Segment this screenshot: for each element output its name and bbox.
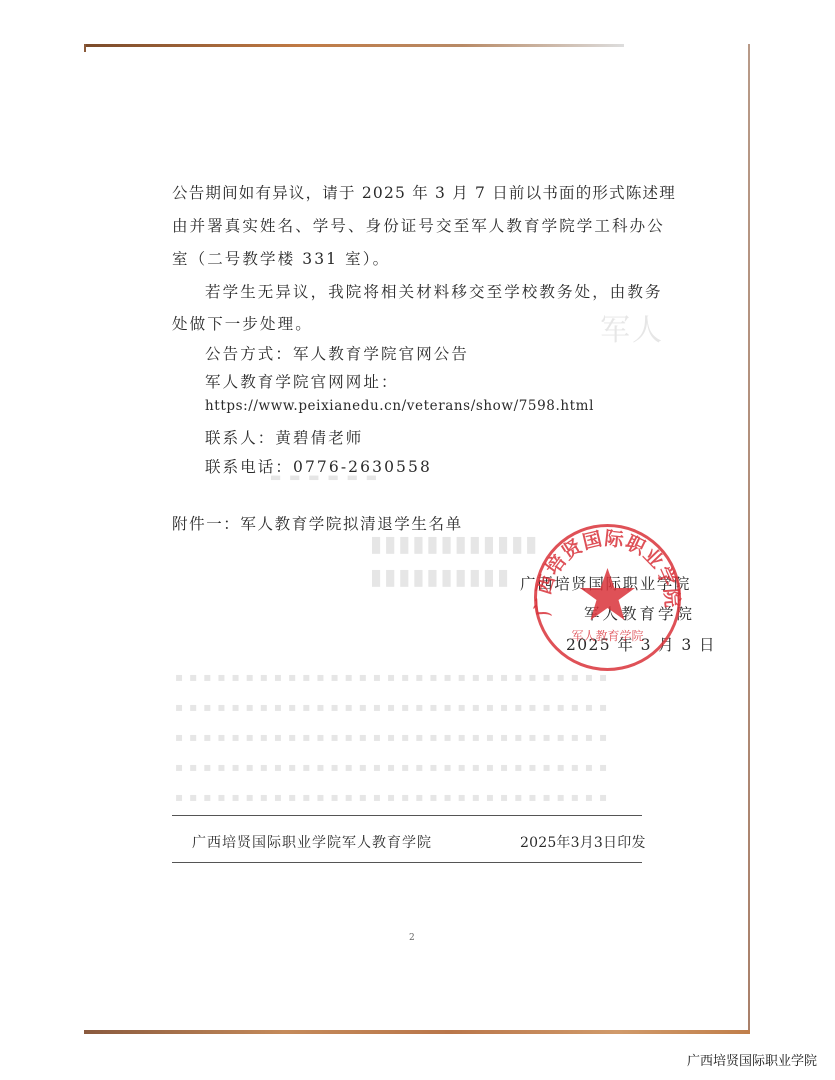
body-paragraph-line: 室（二号教学楼 331 室）。	[172, 247, 390, 269]
attachment-line: 附件一：军人教育学院拟清退学生名单	[172, 512, 463, 534]
footer-issuer: 广西培贤国际职业学院军人教育学院	[192, 832, 432, 852]
footer-rule-bottom	[172, 862, 642, 863]
footer-rule-top	[172, 815, 642, 816]
website-label: 军人教育学院官网网址：	[205, 370, 399, 392]
body-paragraph-line: 由并署真实姓名、学号、身份证号交至军人教育学院学工科办公	[172, 214, 665, 236]
footer-issue-date: 2025年3月3日印发	[520, 832, 646, 852]
bleed-through-text: ▮▮▮▮▮▮▮▮▮▮	[370, 565, 511, 590]
bleed-through-text: ▪▪▪▪▪▪▪▪▪▪▪▪▪▪▪▪▪▪▪▪▪▪▪▪▪▪▪▪▪▪▪	[175, 760, 613, 774]
scan-page-edge-corner	[84, 44, 86, 52]
body-paragraph-line: 处做下一步处理。	[172, 312, 313, 334]
official-seal: 广西培贤国际职业学院 军人教育学院	[530, 520, 685, 675]
contact-person: 联系人：黄碧倩老师	[205, 426, 363, 448]
bleed-through-text: ▪▪▪▪▪▪▪▪▪▪▪▪▪▪▪▪▪▪▪▪▪▪▪▪▪▪▪▪▪▪▪	[175, 730, 613, 744]
website-url[interactable]: https://www.peixianedu.cn/veterans/show/…	[205, 398, 594, 414]
body-paragraph-line: 公告期间如有异议，请于 2025 年 3 月 7 日前以书面的形式陈述理	[172, 181, 676, 203]
page-number: 2	[409, 933, 415, 943]
scan-page-edge-right	[748, 44, 750, 1034]
body-paragraph-line: 若学生无异议，我院将相关材料移交至学校教务处，由教务	[205, 280, 663, 302]
bleed-through-text: 军人	[600, 305, 664, 349]
bleed-through-text: ▪▪▪▪▪▪▪▪▪▪▪▪▪▪▪▪▪▪▪▪▪▪▪▪▪▪▪▪▪▪▪	[175, 700, 613, 714]
bleed-through-text: ▪▪▪▪▪▪▪▪▪▪▪▪▪▪▪▪▪▪▪▪▪▪▪▪▪▪▪▪▪▪▪	[175, 790, 613, 804]
announce-method: 公告方式：军人教育学院官网公告	[205, 342, 469, 364]
bleed-through-text: ▮▮▮▮▮▮▮▮▮▮▮▮	[370, 532, 539, 557]
contact-phone: 联系电话：0776-2630558	[205, 455, 432, 477]
scan-page-edge-bottom	[84, 1030, 750, 1034]
source-watermark: 广西培贤国际职业学院	[687, 1050, 817, 1069]
seal-inner-text: 军人教育学院	[571, 628, 643, 643]
star-icon	[580, 568, 635, 620]
scan-page-edge-top	[84, 44, 624, 47]
